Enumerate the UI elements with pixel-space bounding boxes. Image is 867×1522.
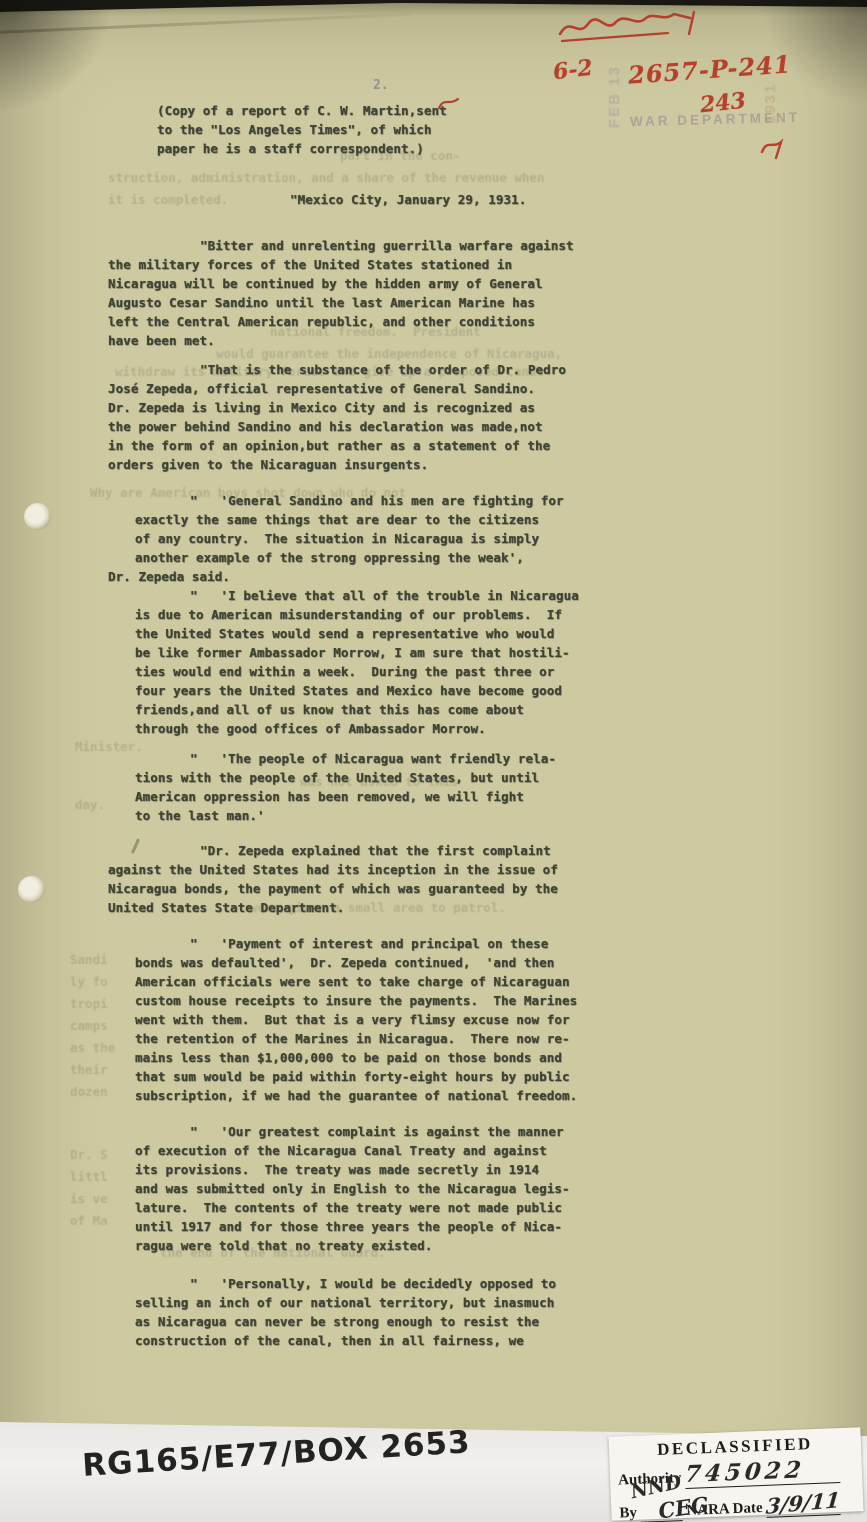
quote-paragraph-2: " 'I believe that all of the trouble in … [135,586,579,738]
authority-underline: 745022 [685,1455,841,1489]
by-label: By [619,1505,637,1522]
red-check-mark [758,136,788,164]
red-file-code-1: 6-2 [552,55,595,86]
copy-note: (Copy of a report of C. W. Martin,sent t… [157,101,447,158]
quote-paragraph-5: " 'Our greatest complaint is against the… [135,1122,570,1255]
red-scrawl-signature [548,8,718,50]
by-underline: CEG [640,1503,683,1522]
attribution-line: Dr. Zepeda said. [108,567,230,586]
document-photo: part in the con-struction, administratio… [0,0,867,1522]
red-file-code-3: 243 [699,88,747,119]
page-number: 2. [373,78,389,93]
paragraph-1: "Bitter and unrelenting guerrilla warfar… [108,236,574,350]
received-date-stamp: FEB 13 [606,38,623,128]
date-underline: 3/9/11 [766,1489,841,1518]
quote-paragraph-6: " 'Personally, I would be decidedly oppo… [135,1274,556,1350]
paragraph-3: "Dr. Zepeda explained that the first com… [108,841,558,917]
typed-text-layer: (Copy of a report of C. W. Martin,sent t… [0,0,867,1522]
dateline: "Mexico City, January 29, 1931. [290,190,526,209]
quote-paragraph-4: " 'Payment of interest and principal on … [135,934,577,1105]
paragraph-2: "That is the substance of the order of D… [108,360,566,474]
declassified-stamp-label: DECLASSIFIED NND Authority 745022 By CEG… [608,1427,863,1521]
handwritten-authority-number: 745022 [684,1456,807,1488]
handwritten-date: 3/9/11 [765,1487,841,1519]
quote-paragraph-3: " 'The people of Nicaragua want friendly… [135,749,556,825]
red-tick-mark [436,94,462,114]
quote-paragraph-1: " 'General Sandino and his men are fight… [135,491,564,567]
